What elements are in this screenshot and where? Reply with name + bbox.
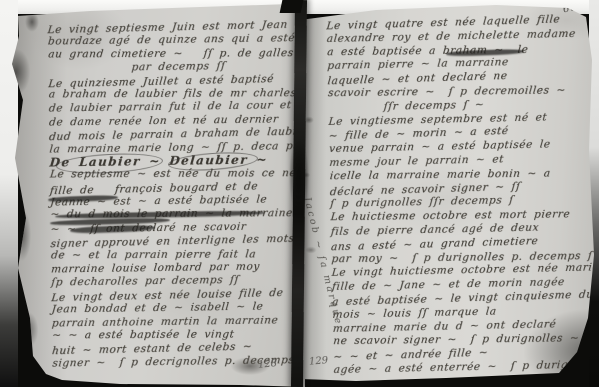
right-page: Le vingt quatre est née laquelle filleal… [296,0,599,387]
manuscript-photo: Le vingt septiesme Juin est mort Jeanbou… [0,0,599,387]
right-page-text: Le vingt quatre est née laquelle filleal… [326,13,599,378]
binding-tab-top [280,0,304,13]
left-page: Le vingt septiesme Juin est mort Jeanbou… [0,0,305,387]
left-page-number: 128 [258,358,278,371]
right-page-number: 129 [309,355,329,367]
binding-ink-blob [289,138,309,216]
